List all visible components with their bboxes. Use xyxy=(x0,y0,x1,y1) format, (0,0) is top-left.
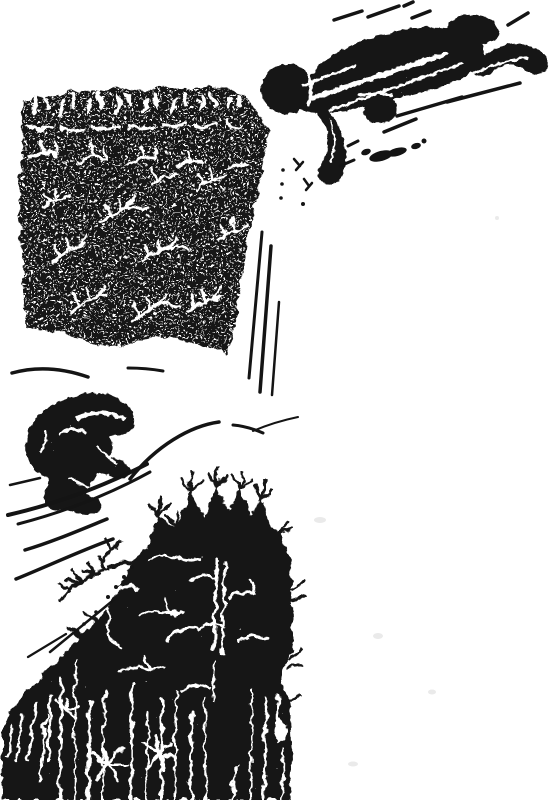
cliff-edge-lines xyxy=(249,159,312,431)
leaping-skier xyxy=(257,15,548,184)
scan-smudges xyxy=(314,216,499,767)
woodcut-illustration xyxy=(0,0,556,800)
skier-arm xyxy=(312,102,346,184)
descending-skier xyxy=(26,393,135,514)
illustration-canvas xyxy=(0,0,556,800)
cliff-edge-twigs xyxy=(294,159,312,190)
snow-lines xyxy=(12,368,163,377)
top-scene xyxy=(12,2,548,431)
snow-spray xyxy=(340,139,427,167)
cliff xyxy=(19,87,270,354)
bottom-scene xyxy=(2,393,304,800)
track-lines xyxy=(16,519,113,579)
